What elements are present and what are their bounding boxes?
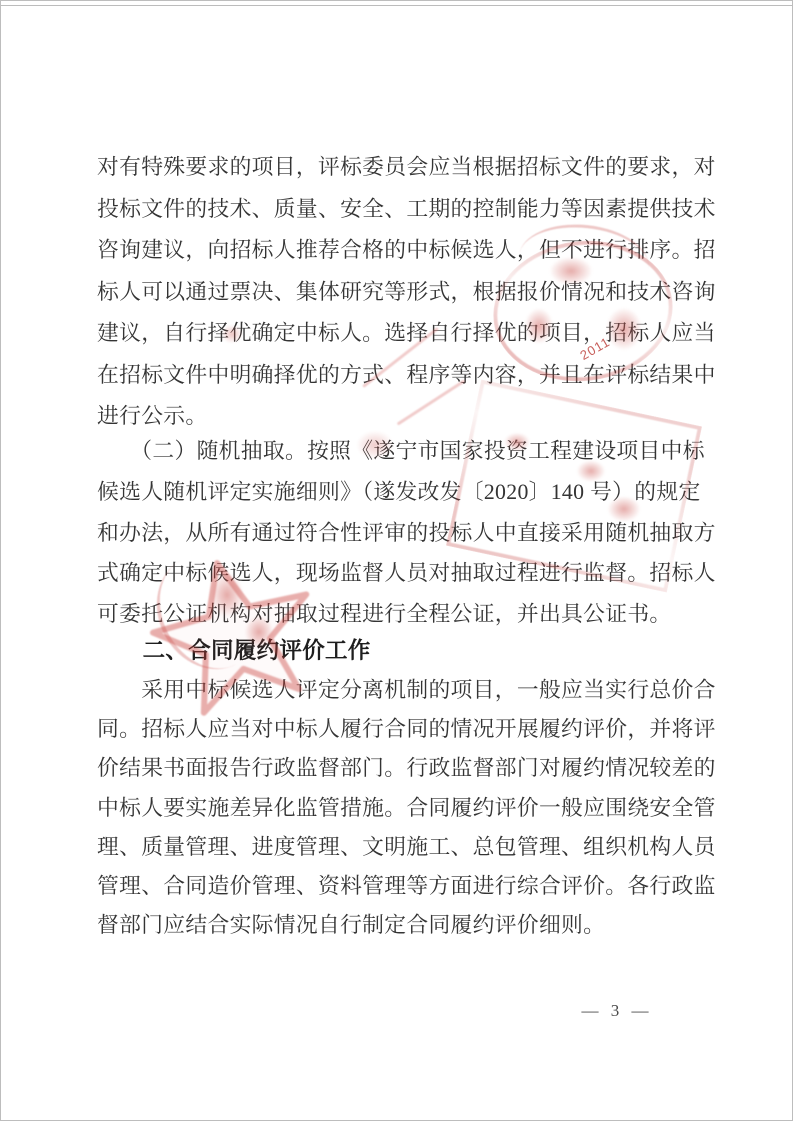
text-line: 二、合同履约评价工作 <box>97 631 745 671</box>
text-line: 咨询建议，向招标人推荐合格的中标候选人，但不进行排序。招 <box>97 230 745 272</box>
paragraph: 采用中标候选人评定分离机制的项目，一般应当实行总价合同。招标人应当对中标人履行合… <box>97 671 745 945</box>
text-line: 中标人要实施差异化监管措施。合同履约评价一般应围绕安全管 <box>97 789 745 828</box>
paragraph: （二）随机抽取。按照《遂宁市国家投资工程建设项目中标候选人随机评定实施细则》（遂… <box>97 431 745 635</box>
text-line: 理、质量管理、进度管理、文明施工、总包管理、组织机构人员 <box>97 828 745 867</box>
text-line: 标人可以通过票决、集体研究等形式，根据报价情况和技术咨询 <box>97 272 745 314</box>
text-line: 可委托公证机构对抽取过程进行全程公证，并出具公证书。 <box>97 594 745 635</box>
text-line: 建议，自行择优确定中标人。选择自行择优的项目，招标人应当 <box>97 313 745 355</box>
text-line: 候选人随机评定实施细则》（遂发改发〔2020〕140 号）的规定 <box>97 472 745 513</box>
text-line: （二）随机抽取。按照《遂宁市国家投资工程建设项目中标 <box>97 431 745 472</box>
text-line: 和办法，从所有通过符合性评审的投标人中直接采用随机抽取方 <box>97 513 745 554</box>
text-line: 在招标文件中明确择优的方式、程序等内容，并且在评标结果中 <box>97 355 745 397</box>
text-line: 同。招标人应当对中标人履行合同的情况开展履约评价，并将评 <box>97 710 745 749</box>
text-line: 式确定中标候选人，现场监督人员对抽取过程进行监督。招标人 <box>97 553 745 594</box>
scan-edge-line <box>1 5 792 6</box>
text-line: 督部门应结合实际情况自行制定合同履约评价细则。 <box>97 906 745 945</box>
paragraph: 对有特殊要求的项目，评标委员会应当根据招标文件的要求，对投标文件的技术、质量、安… <box>97 147 745 438</box>
text-line: 管理、合同造价管理、资料管理等方面进行综合评价。各行政监 <box>97 867 745 906</box>
text-line: 价结果书面报告行政监督部门。行政监督部门对履约情况较差的 <box>97 749 745 788</box>
text-line: 对有特殊要求的项目，评标委员会应当根据招标文件的要求，对 <box>97 147 745 189</box>
text-line: 投标文件的技术、质量、安全、工期的控制能力等因素提供技术 <box>97 189 745 231</box>
section-heading: 二、合同履约评价工作 <box>97 631 745 671</box>
text-line: 采用中标候选人评定分离机制的项目，一般应当实行总价合 <box>97 671 745 710</box>
page-number: — 3 — <box>569 1001 665 1021</box>
scanned-document-page: 对有特殊要求的项目，评标委员会应当根据招标文件的要求，对投标文件的技术、质量、安… <box>0 0 793 1121</box>
